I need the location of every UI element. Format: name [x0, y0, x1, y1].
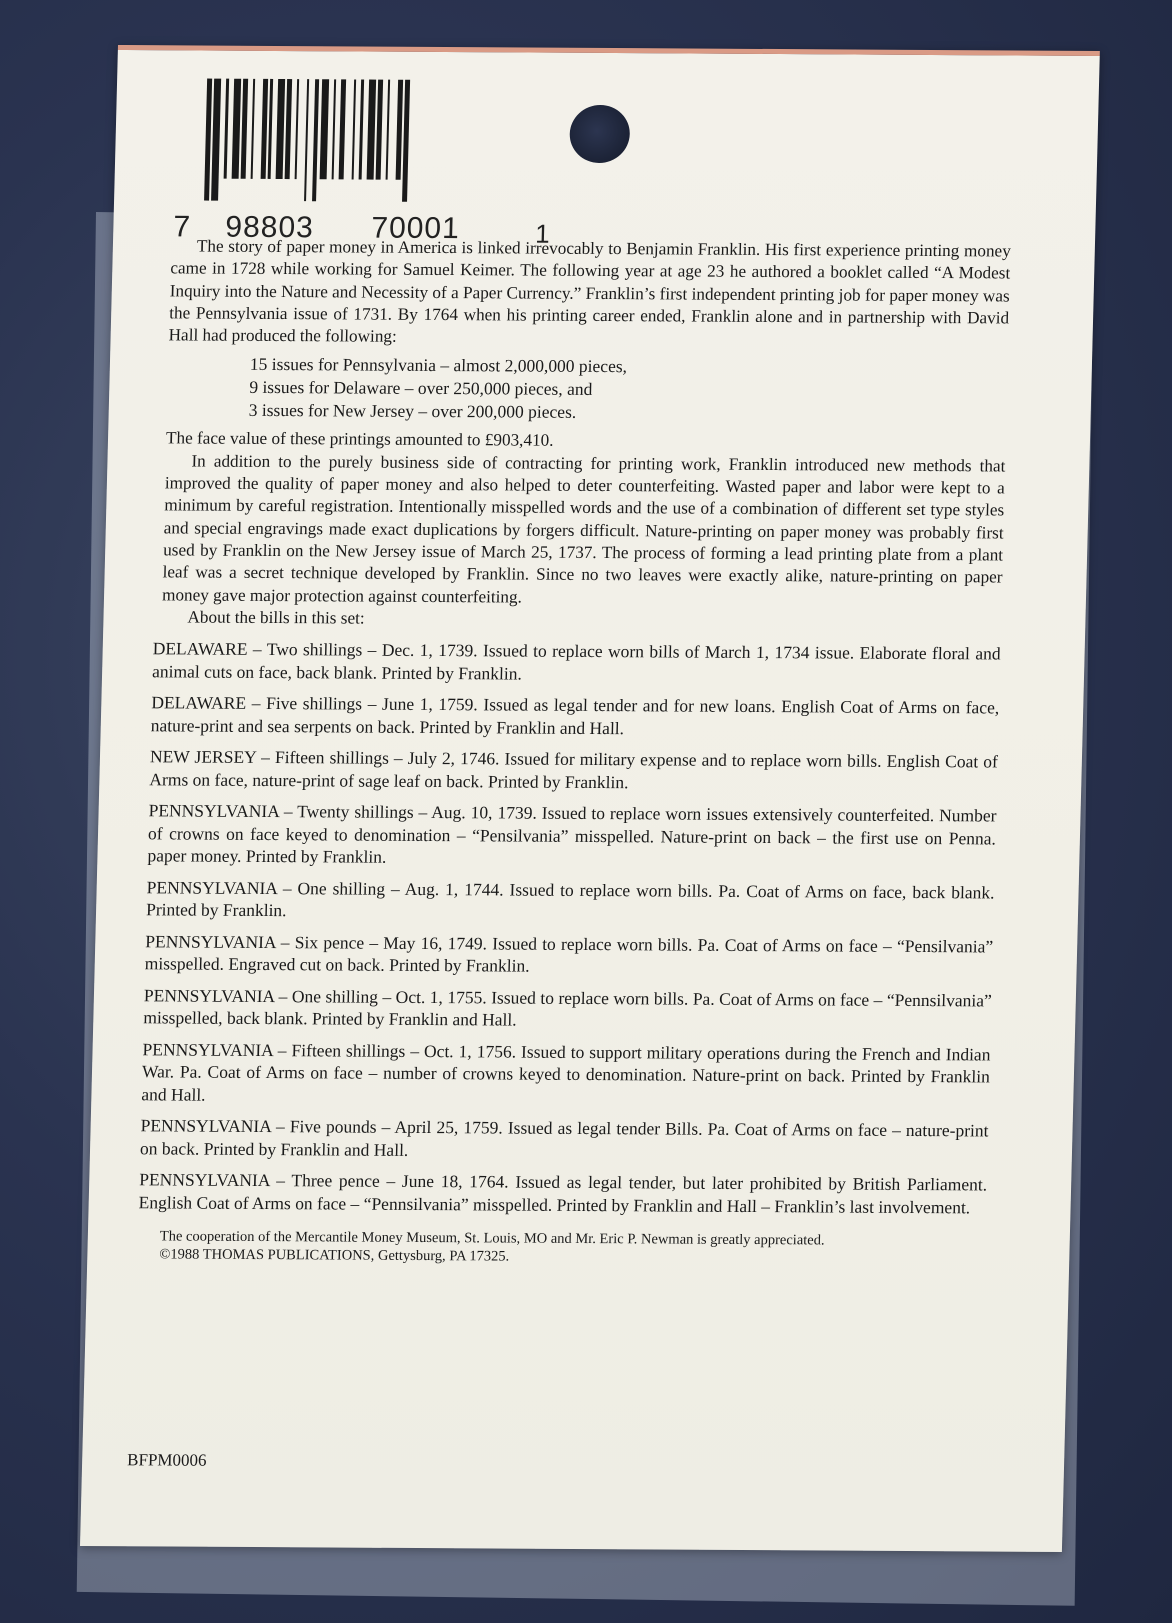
bill-description: DELAWARE – Two shillings – Dec. 1, 1739.…	[152, 637, 1001, 687]
product-card: 7 98803 70001 1 The story of paper money…	[80, 45, 1100, 1552]
card-text: The story of paper money in America is l…	[145, 235, 1011, 1268]
copyright-line: ©1988 THOMAS PUBLICATIONS, Gettysburg, P…	[149, 1246, 985, 1269]
credits: The cooperation of the Mercantile Money …	[149, 1228, 986, 1269]
barcode-bars	[204, 79, 517, 191]
bills-list: DELAWARE – Two shillings – Dec. 1, 1739.…	[146, 637, 1000, 1218]
bill-description: NEW JERSEY – Fifteen shillings – July 2,…	[149, 745, 998, 795]
bill-description: PENNSYLVANIA – One shilling – Aug. 1, 17…	[146, 876, 995, 926]
bill-description: PENNSYLVANIA – Twenty shillings – Aug. 1…	[147, 799, 997, 872]
bill-description: PENNSYLVANIA – Three pence – June 18, 17…	[138, 1168, 987, 1218]
bill-description: PENNSYLVANIA – One shilling – Oct. 1, 17…	[143, 984, 992, 1034]
bill-description: PENNSYLVANIA – Six pence – May 16, 1749.…	[144, 930, 993, 980]
product-code: BFPM0006	[127, 1450, 207, 1470]
issues-list: 15 issues for Pennsylvania – almost 2,00…	[248, 353, 1008, 427]
hang-hole	[569, 105, 630, 163]
intro-paragraph: The story of paper money in America is l…	[168, 235, 1011, 352]
methods-paragraph: In addition to the purely business side …	[162, 450, 1006, 611]
bill-description: DELAWARE – Five shillings – June 1, 1759…	[151, 691, 1000, 741]
about-heading: About the bills in this set:	[161, 606, 1001, 633]
issue-item: 3 issues for New Jersey – over 200,000 p…	[248, 399, 1006, 427]
bill-description: PENNSYLVANIA – Fifteen shillings – Oct. …	[141, 1038, 991, 1111]
bill-description: PENNSYLVANIA – Five pounds – April 25, 1…	[140, 1114, 989, 1164]
barcode: 7 98803 70001 1	[204, 79, 537, 191]
